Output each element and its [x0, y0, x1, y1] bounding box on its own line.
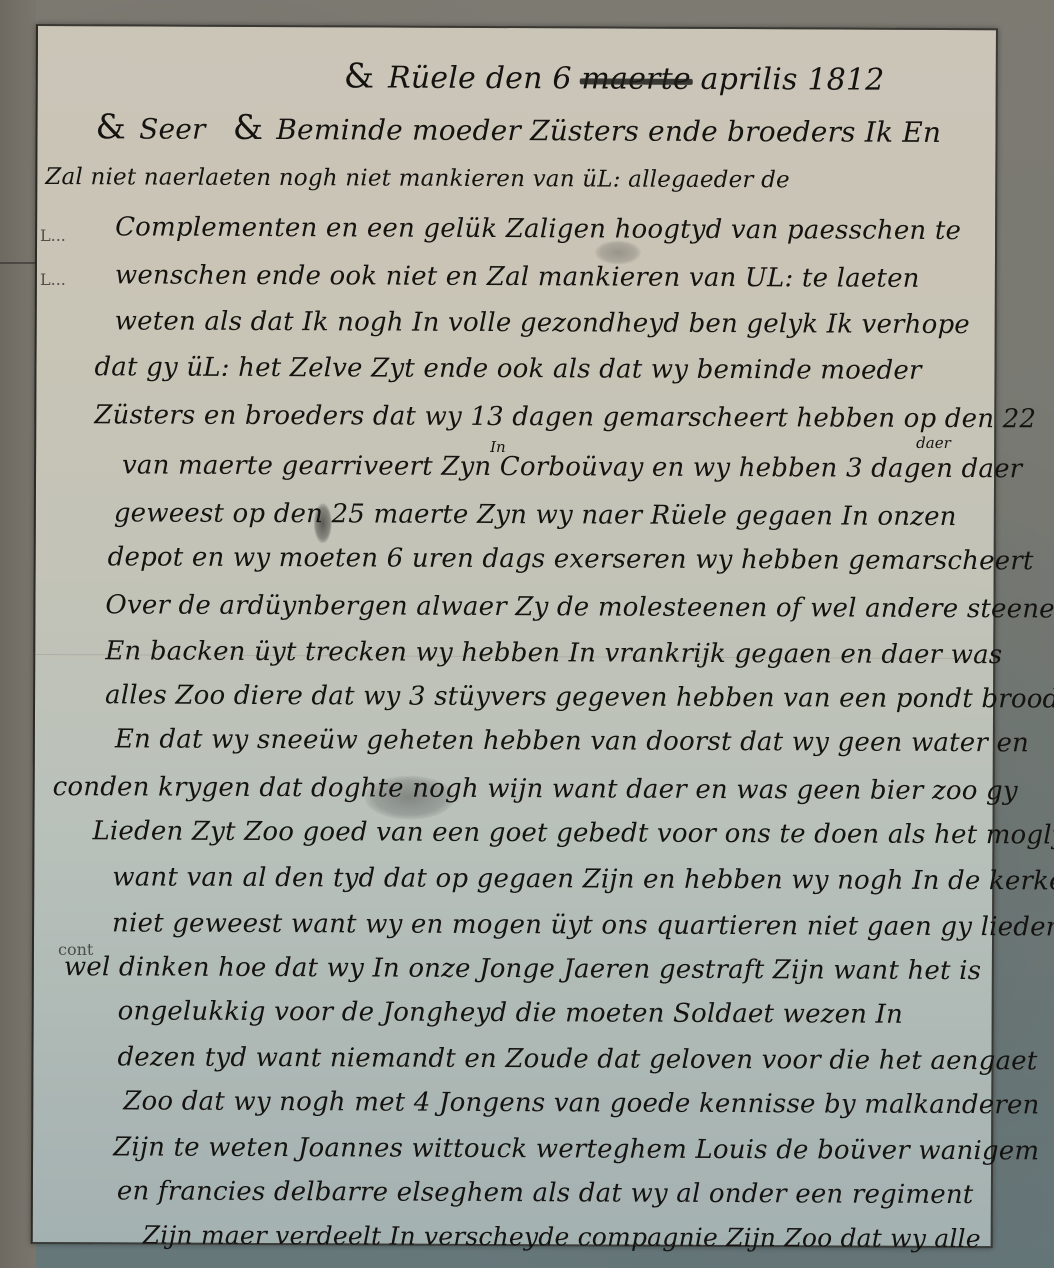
letter-line-22: Zijn te weten Joannes wittouck werteghem… [113, 1134, 1039, 1164]
letter-line-4: weten als dat Ik nogh In volle gezondhey… [115, 308, 970, 338]
letter-line-2: Complementen en een gelük Zaligen hoogty… [115, 214, 961, 244]
dateline: & Rüele den 6 maerte aprilis 1812 [344, 59, 885, 95]
letter-line-5: dat gy üL: het Zelve Zyt ende ook als da… [94, 354, 921, 384]
handwritten-letter: & Rüele den 6 maerte aprilis 1812 & Seer… [33, 26, 996, 1246]
letter-line-21: Zoo dat wy nogh met 4 Jongens van goede … [123, 1088, 1039, 1118]
ink-smudge [314, 503, 332, 543]
salutation-text: Beminde moeder Züsters ende broeders Ik … [276, 113, 941, 149]
struck-word: maerte [581, 64, 691, 94]
letter-page: & Rüele den 6 maerte aprilis 1812 & Seer… [31, 24, 998, 1248]
ink-smudge [365, 775, 455, 819]
letter-line-12: alles Zoo diere dat wy 3 stüyvers gegeve… [105, 682, 1054, 712]
salutation-seer: Seer [139, 112, 206, 145]
margin-note: L... [40, 270, 66, 289]
letter-line-1: Zal niet naerlaeten nogh niet mankieren … [45, 166, 790, 192]
letter-line-18: wel dinken hoe dat wy In onze Jonge Jaer… [64, 954, 981, 984]
dateline-day: den 6 [486, 61, 572, 96]
letter-line-23: en francies delbarre elseghem als dat wy… [117, 1178, 974, 1208]
letter-line-3: wenschen ende ook niet en Zal mankieren … [115, 262, 920, 292]
salutation: & Seer & Beminde moeder Züsters ende bro… [95, 110, 941, 148]
letter-line-14: conden krygen dat doghte nogh wijn want … [53, 774, 1018, 804]
letter-line-24: Zijn maer verdeelt In verscheyde compagn… [143, 1222, 981, 1251]
letter-line-6: Züsters en broeders dat wy 13 dagen gema… [94, 402, 1036, 432]
letter-line-7: van maerte gearriveert Zyn Corboüvay en … [122, 452, 1022, 482]
dateline-place: Rüele [388, 61, 476, 96]
letter-line-16: want van al den tyd dat op gegaen Zijn e… [112, 864, 1054, 894]
ink-smudge [595, 240, 641, 264]
letter-line-9: depot en wy moeten 6 uren dags exerseren… [108, 544, 1034, 574]
margin-note: L... [40, 226, 66, 245]
flourish-icon: & [95, 107, 126, 147]
margin-note: cont [58, 940, 93, 959]
letter-line-13: En dat wy sneeüw geheten hebben van door… [115, 726, 1029, 756]
letter-line-10: Over de ardüynbergen alwaer Zy de molest… [105, 592, 1054, 622]
letter-line-15: Lieden Zyt Zoo goed van een goet gebedt … [92, 818, 1054, 848]
letter-line-17: niet geweest want wy en mogen üyt ons qu… [112, 910, 1054, 940]
interlinear-insertion: daer [916, 434, 951, 452]
dateline-month: aprilis [701, 62, 798, 97]
flourish-icon: & [344, 56, 375, 96]
letter-line-8: geweest op den 25 maerte Zyn wy naer Rüe… [114, 500, 957, 530]
letter-line-19: ongelukkig voor de Jongheyd die moeten S… [118, 998, 903, 1027]
dateline-year: 1812 [807, 62, 884, 97]
letter-line-20: dezen tyd want niemandt en Zoude dat gel… [117, 1044, 1037, 1074]
letter-line-11: En backen üyt trecken wy hebben In vrank… [105, 638, 1002, 668]
flourish-icon: & [233, 108, 264, 148]
